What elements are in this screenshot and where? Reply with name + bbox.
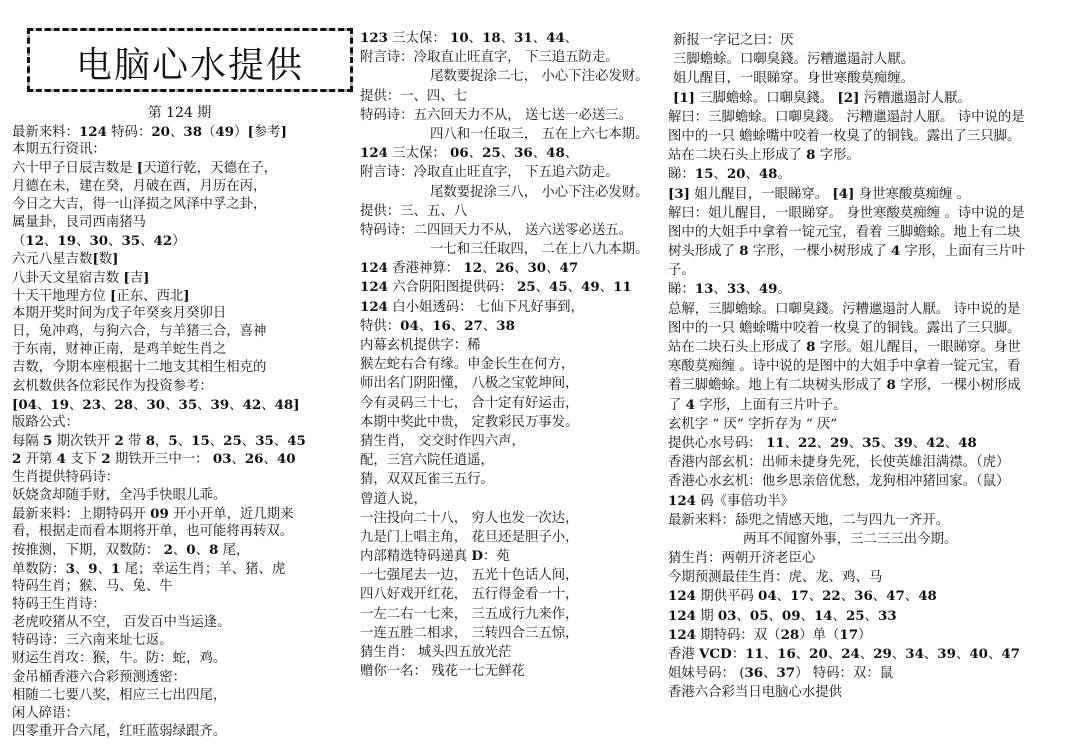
text-line: 124 香港神算： 12、26、30、47 [360,259,660,278]
text-line: 总解，三脚蟾蜍。口啣臭錢。污糟邋遢討人厭。 诗中说的是 [668,300,1073,319]
text-line: 三脚蟾蜍。口啣臭錢。污糟邋遢討人厭。 [668,50,1073,69]
text-line: 今日之大吉，得一山泽损之风泽中孚之卦， [12,196,347,214]
middle-column: 123 三太保： 10、18、31、44、附言诗：冷取直止旺直字， 下三追五防走… [360,29,660,681]
text-line: 一七强尾去一边， 五光十色话人间， [360,566,660,585]
text-line: 124 六合阴阳图提供码： 25、45、49、11 [360,278,660,297]
text-line: 一左二右一七来， 三五成行九来作， [360,605,660,624]
text-line: 玄机数供各位彩民作为投资参考： [12,378,347,396]
text-line: 相随二七要八奖，相应三七出四尾， [12,687,347,705]
text-line: 特供：04、16、27、38 [360,317,660,336]
text-line: 猜，双双瓦雀三五行。 [360,470,660,489]
text-line: 124 白小姐透码： 七仙下凡好事到， [360,298,660,317]
text-line: 提供：三、五、八 [360,202,660,221]
text-line: [3] 姐儿醒目，一眼睇穿。 [4] 身世寒酸莫痴缠 。 [668,185,1073,204]
issue-number: 第 124 期 [12,102,347,122]
text-line: 特码王生肖诗： [12,596,347,614]
text-line: 一注投向二十八， 穷人也发一次达， [360,509,660,528]
text-line: 最新来料：上期特码开 09 开小开单，近几期来 [12,505,347,523]
text-line: 月德在未，建在癸，月破在酉，月历在丙， [12,178,347,196]
text-line: [04、19、23、28、30、35、39、42、48] [12,396,347,414]
text-line: 姐儿醒目，一眼睇穿。身世寒酸莫痴缠。 [668,69,1073,88]
text-line: 图中的大姐手中拿着一锭元宝，看着 三脚蟾蜍。地上有二块 [668,223,1073,242]
text-line: 最新来料：舔兜之情感天地，二与四九一齐开。 [668,511,1073,530]
text-line: 于东南，财神正南，是鸡羊蛇生肖之 [12,341,347,359]
text-line: 香港心水玄机：他乡思亲倍优愁，龙狗相冲猪回家。（鼠） [668,472,1073,491]
text-line: 内幕玄机提供字：稀 [360,336,660,355]
text-line: 124 期 03、05、09、14、25、33 [668,607,1073,626]
text-line: 猜生肖， 交交时作四六声， [360,432,660,451]
text-line: 每隔 5 期次铁开 2 带 8，5、15、25、35、45 [12,432,347,450]
text-line: 124 期特码：双（28）单（17） [668,626,1073,645]
text-line: 十天干地理方位 [正东、西北] [12,287,347,305]
text-line: 睇：15、20、48。 [668,165,1073,184]
text-line: 四八好戏开红花， 五行得金看一十， [360,585,660,604]
text-line: 站在二块石头上形成了 8 字形。姐儿醒目，一眼睇穿。身世 [668,338,1073,357]
text-line: 一七和三任取四， 二在上八九本期。 [360,240,660,259]
text-line: 提供：一、四、七 [360,87,660,106]
left-column: 最新来料：124 特码：20、38（49）[参考]本期五行资讯：六十甲子日辰吉数… [12,123,347,741]
text-line: 四零重开合六尾，红旺蓝弱绿跟齐。 [12,723,347,741]
text-line: 玄机字 “ 厌” 字折存为 “ 厌” [668,415,1073,434]
text-line: 曾道人说， [360,490,660,509]
text-line: 闲人碎语： [12,705,347,723]
text-line: 师出名门阴阳懂， 八极之宝乾坤间， [360,374,660,393]
text-line: 一连五胜二相求， 三转四合三五惊， [360,624,660,643]
text-line: 六元八星吉数[数] [12,250,347,268]
text-line: 两耳不闻窗外事，三二三三出今期。 [668,530,1073,549]
text-line: 今期预测最佳生肖：虎、龙、鸡、马 [668,568,1073,587]
text-line: 解曰：姐儿醒目，一眼睇穿。 身世寒酸莫痴缠 。诗中说的是 [668,204,1073,223]
text-line: 老虎咬猪从不空， 百发百中当运逢。 [12,614,347,632]
text-line: 按推测，下期，双数防： 2、0、8 尾， [12,541,347,559]
text-line: 九是门上唱主角， 花旦还是胆子小， [360,528,660,547]
text-line: 图中的一只 蟾蜍嘴中咬着一枚臭了的铜钱。露出了三只脚。 [668,127,1073,146]
text-line: 尾数要捉涂三八， 小心下注必发财。 [360,183,660,202]
text-line: 本期开奖时间为戊子年癸亥月癸卯日 [12,305,347,323]
text-line: 看，根据走而看本期将开单，也可能将再转双。 [12,523,347,541]
text-line: 睇：13、33、49。 [668,280,1073,299]
text-line: 金吊桶香港六合彩预测透密： [12,669,347,687]
text-line: 八卦天文星宿吉数 [吉] [12,269,347,287]
text-line: 站在二块石头上形成了 8 字形。 [668,146,1073,165]
page-title: 电脑心水提供 [30,37,350,88]
text-line: 猜生肖：两朝开济老臣心 [668,549,1073,568]
text-line: 今有灵码三十七， 合十定有好运击， [360,394,660,413]
middle-text-block: 123 三太保： 10、18、31、44、附言诗：冷取直止旺直字， 下三追五防走… [360,29,660,681]
text-line: 子。 [668,261,1073,280]
text-line: 版路公式： [12,414,347,432]
text-line: 香港内部玄机：出师未捷身先死，长使英雄泪满襟。（虎） [668,453,1073,472]
text-line: 本期中奖此中贵， 定教彩民万事发。 [360,413,660,432]
text-line: [1] 三脚蟾蜍。口啣臭錢。 [2] 污糟邋遢討人厭。 [668,89,1073,108]
text-line: 着三脚蟾蜍。地上有二块树头形成了 8 字形，一棵小树形成 [668,376,1073,395]
title-banner: 电脑心水提供 [27,28,353,92]
text-line: 日，兔冲鸡，与狗六合，与羊猪三合，喜神 [12,323,347,341]
text-line: 猴左蛇右合有缘。申金长生在何方， [360,355,660,374]
text-line: 123 三太保： 10、18、31、44、 [360,29,660,48]
text-line: 特码生肖；猴、马、兔、牛 [12,578,347,596]
text-line: 妖娆贪却随手财，全冯手快眼儿乖。 [12,487,347,505]
text-line: 财运生肖攻：猴，牛。防：蛇，鸡。 [12,650,347,668]
text-line: 香港六合彩当日电脑心水提供 [668,683,1073,702]
text-line: 配，三宫六院任逍遥， [360,451,660,470]
text-line: 生肖提供特码诗： [12,469,347,487]
text-line: 寒酸莫痴缠 。诗中说的是图中的大姐手中拿着一锭元宝，看 [668,357,1073,376]
text-line: 124 三太保： 06、25、36、48、 [360,144,660,163]
text-line: 赠你一名： 残花一七无鲜花 [360,662,660,681]
text-line: （12、19、30、35、42） [12,232,347,250]
text-line: 属量卦，艮司西南猪马 [12,214,347,232]
text-line: 猜生肖： 城头四五放光茫 [360,643,660,662]
text-line: 新报一字记之曰：厌 [668,31,1073,50]
text-line: 香港 VCD：11、16、20、24、29、34、39、40、47 [668,645,1073,664]
text-line: 尾数要捉涂二七， 小心下注必发财。 [360,67,660,86]
text-line: 提供心水号码： 11、22、29、35、39、42、48 [668,434,1073,453]
text-line: 附言诗：冷取直止旺直字， 下五追六防走。 [360,163,660,182]
text-line: 了 4 字形，上面有三片叶子。 [668,396,1073,415]
text-line: 本期五行资讯： [12,141,347,159]
right-text-block: 新报一字记之曰：厌三脚蟾蜍。口啣臭錢。污糟邋遢討人厭。姐儿醒目，一眼睇穿。身世寒… [668,31,1073,703]
right-column: 新报一字记之曰：厌三脚蟾蜍。口啣臭錢。污糟邋遢討人厭。姐儿醒目，一眼睇穿。身世寒… [668,31,1073,703]
text-line: 附言诗：冷取直止旺直字， 下三追五防走。 [360,48,660,67]
text-line: 单数防：3、9、1 尾；幸运生肖；羊、猪、虎 [12,560,347,578]
text-line: 2 开第 4 支下 2 期铁开三中一： 03、26、40 [12,450,347,468]
text-line: 最新来料：124 特码：20、38（49）[参考] [12,123,347,141]
text-line: 内部精选特码递真 D：苑 [360,547,660,566]
text-line: 特码诗：三六南来址七返。 [12,632,347,650]
text-line: 吉数，今期本座根据十二地支其相生相克的 [12,359,347,377]
text-line: 六十甲子日辰吉数是 [天道行乾，天德在子， [12,159,347,177]
text-line: 124 码《事倍功半》 [668,492,1073,511]
left-text-block: 最新来料：124 特码：20、38（49）[参考]本期五行资讯：六十甲子日辰吉数… [12,123,347,741]
text-line: 解曰：三脚蟾蜍。口啣臭錢。 污糟邋遢討人厭。 诗中说的是 [668,108,1073,127]
text-line: 124 期供平码 04、17、22、36、47、48 [668,587,1073,606]
text-line: 特码诗：二四回天力不从， 送六送零必送五。 [360,221,660,240]
text-line: 树头形成了 8 字形，一棵小树形成了 4 字形，上面有三片叶 [668,242,1073,261]
text-line: 特码诗：五六回天力不从， 送七送一必送三。 [360,106,660,125]
text-line: 图中的一只 蟾蜍嘴中咬着一枚臭了的铜钱。露出了三只脚。 [668,319,1073,338]
text-line: 姐妹号码： (36、37） 特码：双：鼠 [668,664,1073,683]
text-line: 四八和一任取三， 五在上六七本期。 [360,125,660,144]
